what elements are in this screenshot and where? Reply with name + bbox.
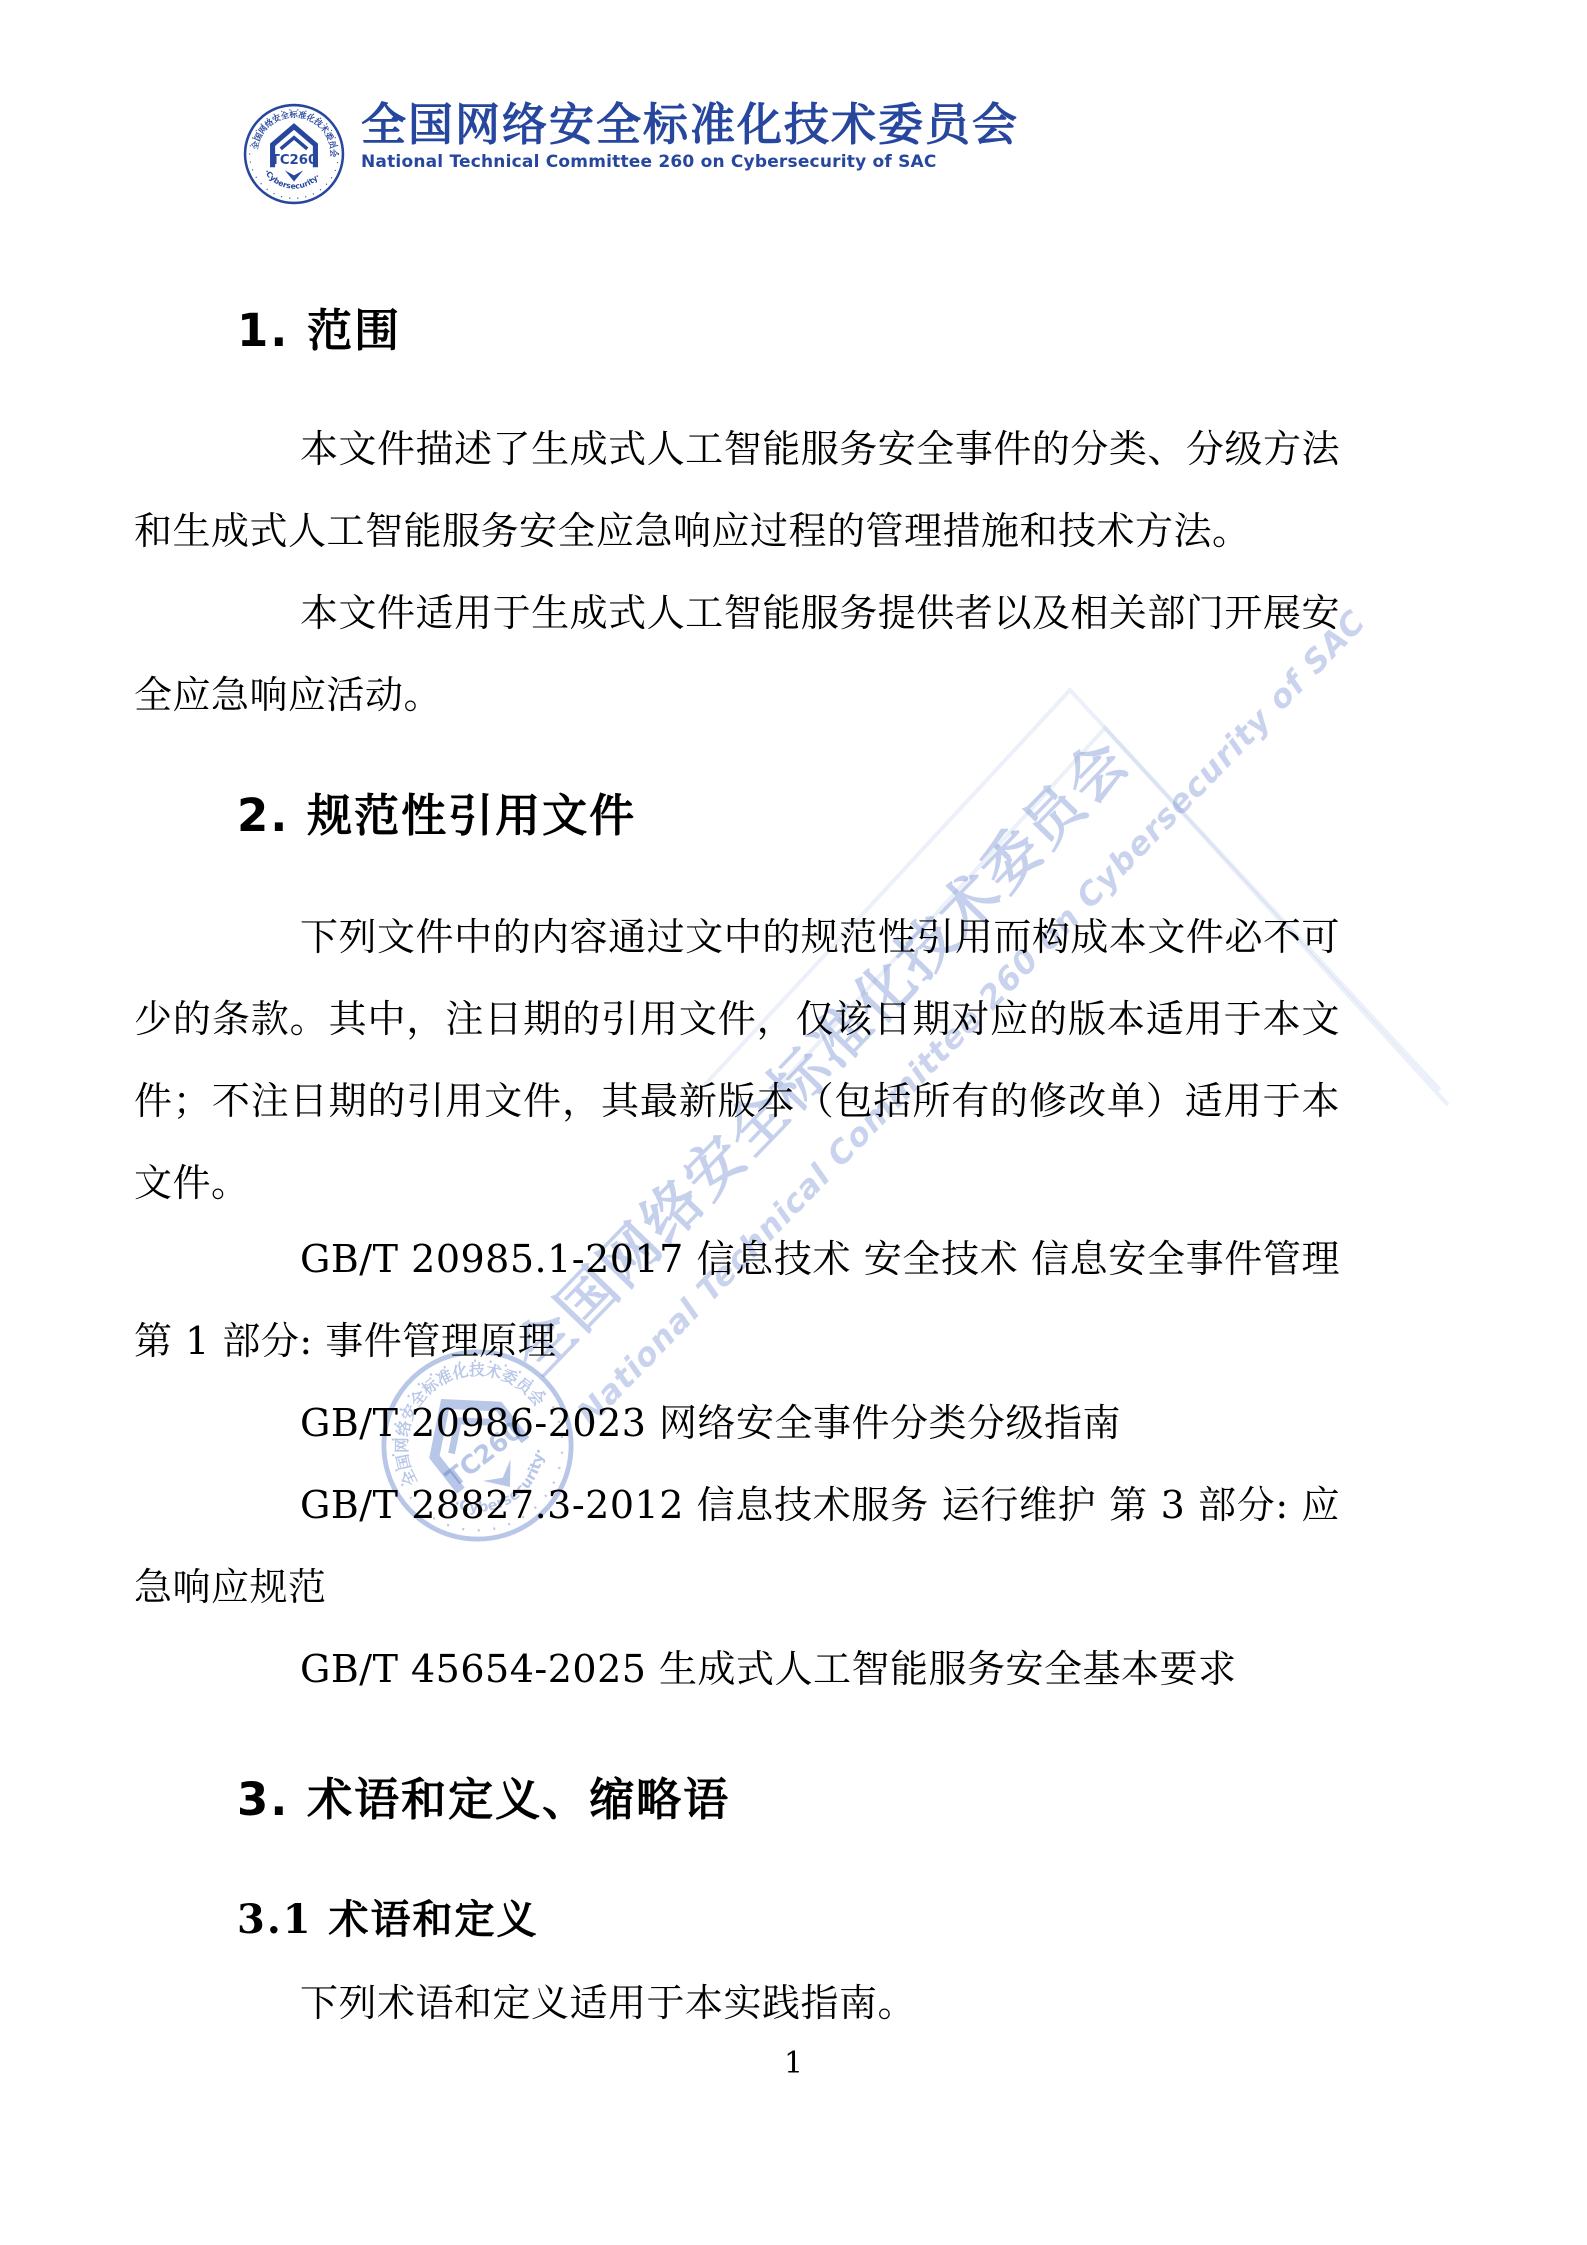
reference-item: GB/T 45654-2025 生成式人工智能服务安全基本要求: [134, 1628, 1340, 1710]
subsection-heading-terms-definitions: 3.1 术语和定义: [134, 1894, 1443, 1946]
paragraph: 下列术语和定义适用于本实践指南。: [134, 1962, 1340, 2044]
org-name-en: National Technical Committee 260 on Cybe…: [361, 151, 1019, 173]
section-heading-scope: 1. 范围: [134, 303, 1443, 359]
svg-text:·Cybersecurity·: ·Cybersecurity·: [262, 168, 321, 191]
paragraph: 本文件描述了生成式人工智能服务安全事件的分类、分级方法和生成式人工智能服务安全应…: [134, 408, 1340, 572]
page-number: 1: [0, 2046, 1587, 2082]
tc260-logo: 全国网络安全标准化技术委员会 ·Cybersecurity· TC260 全国网…: [243, 95, 1019, 213]
logo-names: 全国网络安全标准化技术委员会 National Technical Commit…: [361, 95, 1019, 173]
reference-item: GB/T 20985.1-2017 信息技术 安全技术 信息安全事件管理 第 1…: [134, 1218, 1340, 1382]
org-name-zh: 全国网络安全标准化技术委员会: [361, 101, 1019, 149]
section-heading-normative-references: 2. 规范性引用文件: [134, 788, 1443, 844]
reference-item: GB/T 28827.3-2012 信息技术服务 运行维护 第 3 部分: 应急…: [134, 1464, 1340, 1628]
document-page: 全国网络安全标准化技术委员会 ·Cybersecurity· TC260 全国网…: [0, 0, 1587, 2245]
tc260-seal-icon: 全国网络安全标准化技术委员会 ·Cybersecurity· TC260: [243, 95, 345, 213]
paragraph: 本文件适用于生成式人工智能服务提供者以及相关部门开展安全应急响应活动。: [134, 572, 1340, 736]
paragraph: 下列文件中的内容通过文中的规范性引用而构成本文件必不可少的条款。其中，注日期的引…: [134, 896, 1340, 1224]
section-heading-terms: 3. 术语和定义、缩略语: [134, 1772, 1443, 1828]
reference-item: GB/T 20986-2023 网络安全事件分类分级指南: [134, 1382, 1340, 1464]
svg-text:TC260: TC260: [271, 153, 317, 168]
